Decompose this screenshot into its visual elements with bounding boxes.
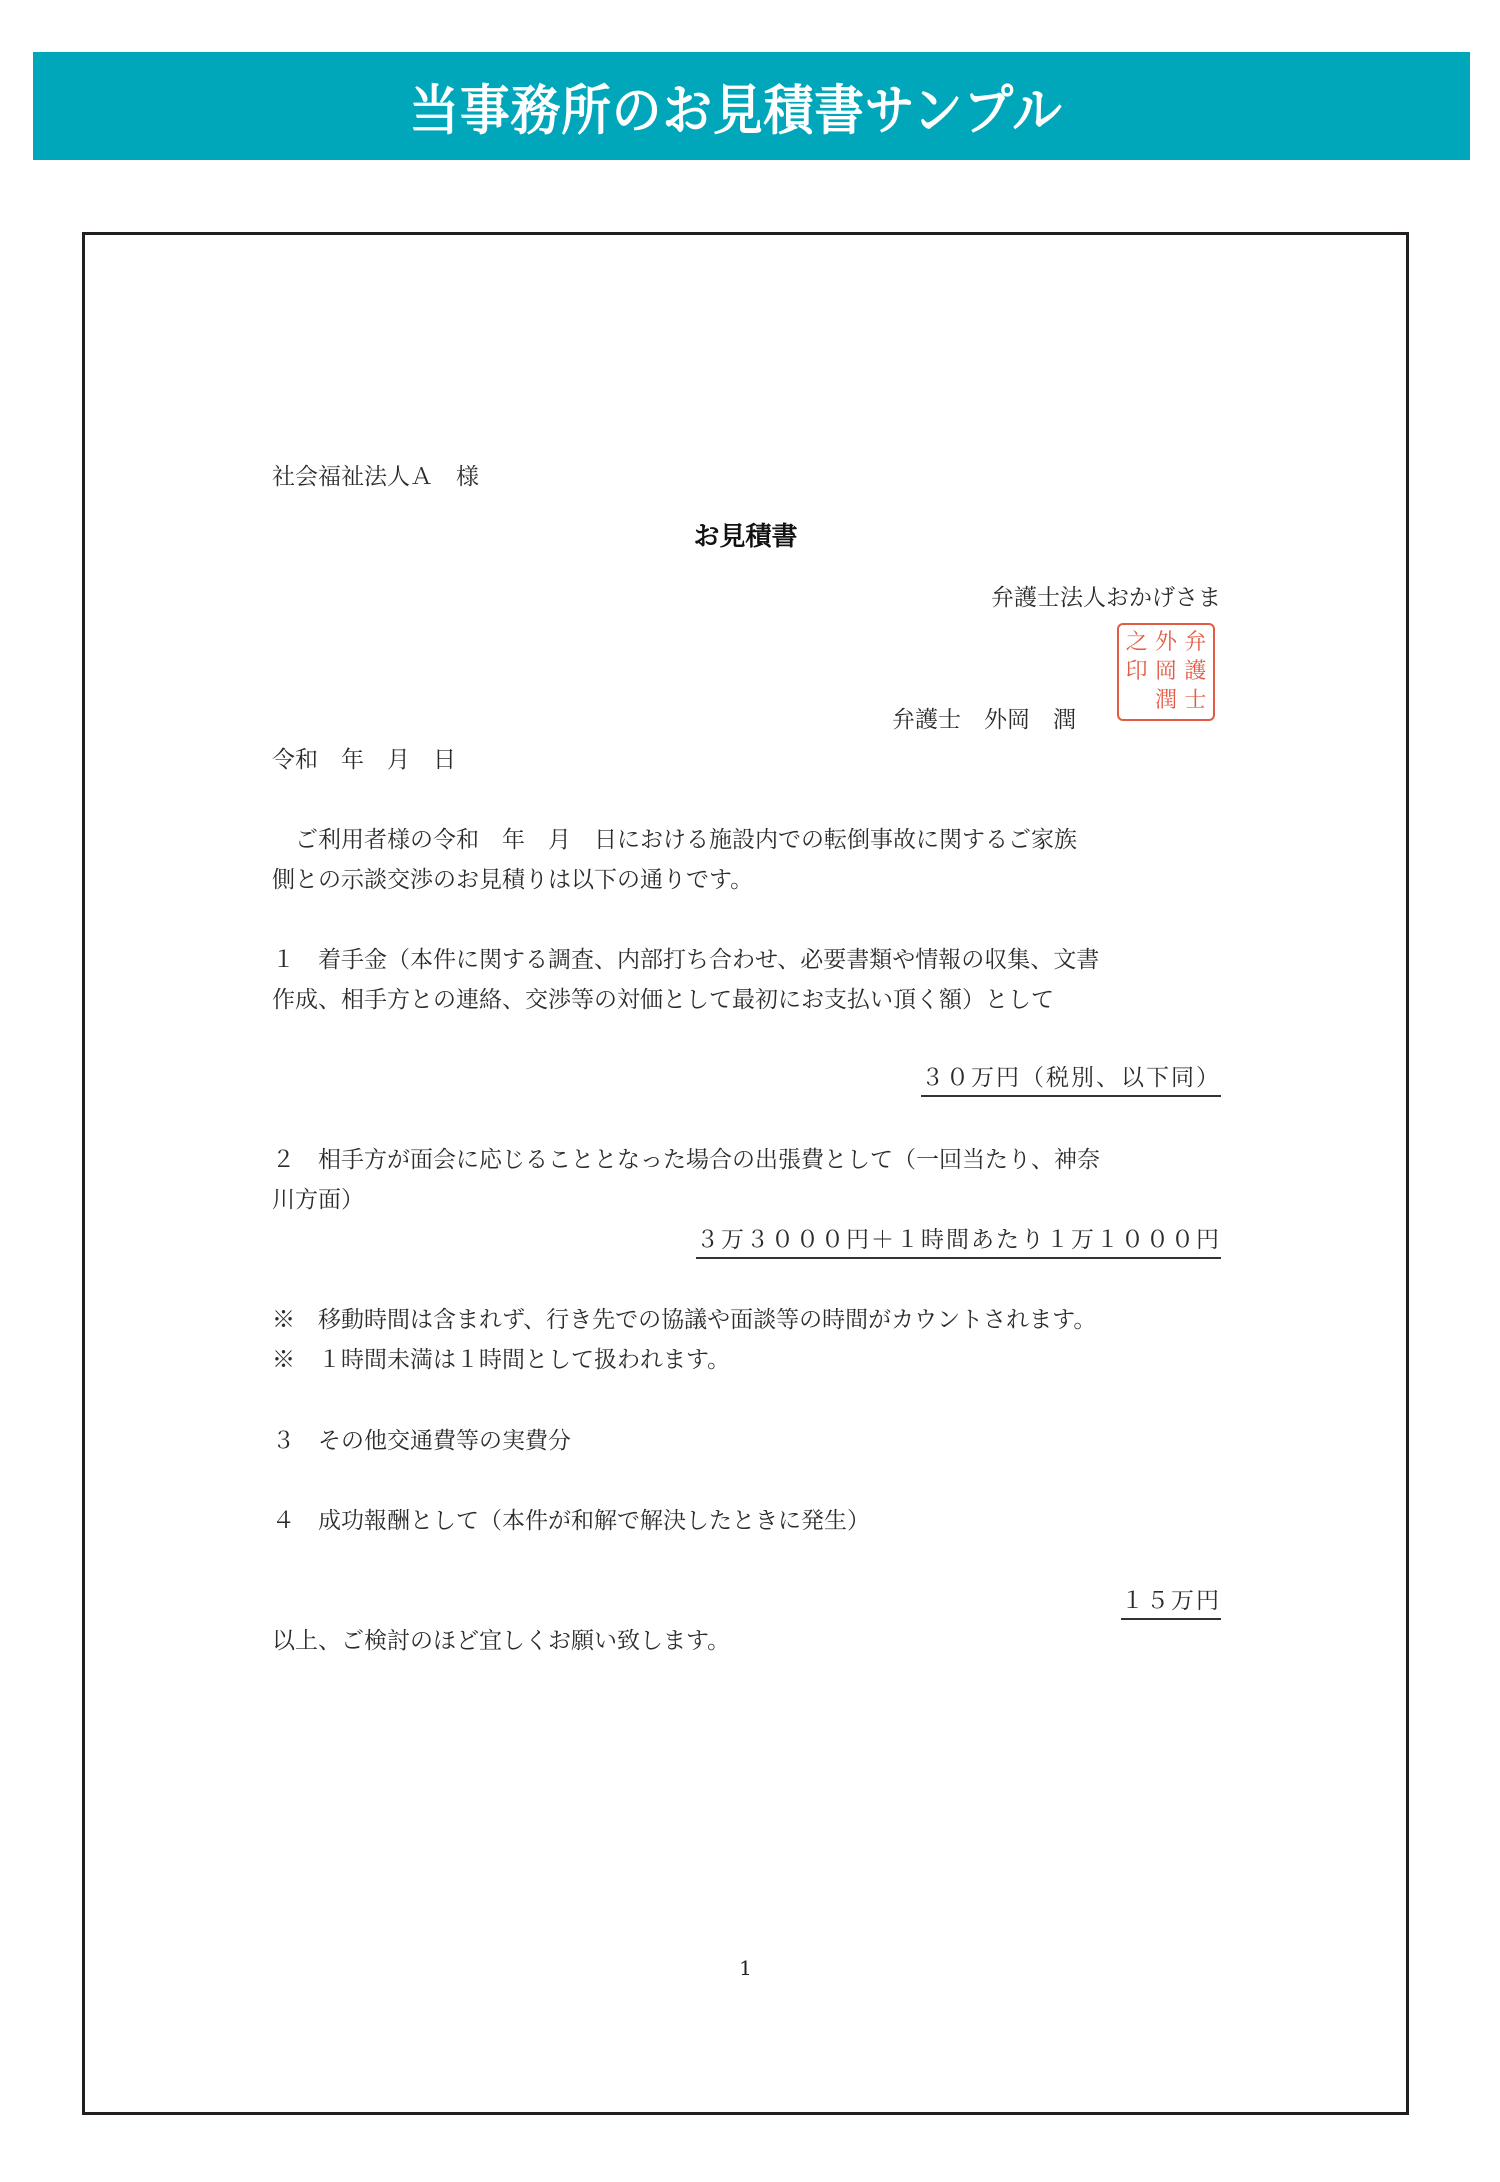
item-1-line-2: 作成、相手方との連絡、交渉等の対価として最初にお支払い頂く額）として [272, 980, 1054, 1020]
estimate-document-page: 社会福祉法人Ａ 様 お見積書 弁護士法人おかげさま 弁 護 士 外 岡 潤 之 … [82, 232, 1409, 2115]
seal-char: 外 [1151, 628, 1180, 657]
document-title: お見積書 [85, 517, 1406, 557]
seal-char: 印 [1122, 657, 1151, 686]
item-1-line-1: １ 着手金（本件に関する調査、内部打ち合わせ、必要書類や情報の収集、文書 [272, 940, 1099, 980]
intro-line-1: ご利用者様の令和 年 月 日における施設内での転倒事故に関するご家族 [272, 820, 1077, 860]
item-2-line-2: 川方面） [272, 1180, 364, 1220]
seal-stamp-icon: 弁 護 士 外 岡 潤 之 印 [1117, 623, 1215, 721]
title-banner: 当事務所のお見積書サンプル [33, 52, 1470, 160]
note-2: ※ １時間未満は１時間として扱われます。 [272, 1340, 730, 1380]
seal-char: 護 [1181, 657, 1210, 686]
item-2-line-1: ２ 相手方が面会に応じることとなった場合の出張費として（一回当たり、神奈 [272, 1140, 1100, 1180]
item-2-amount: ３万３０００円＋１時間あたり１万１０００円 [696, 1223, 1221, 1259]
closing-remark: 以上、ご検討のほど宜しくお願い致します。 [272, 1621, 730, 1661]
item-3-line-1: ３ その他交通費等の実費分 [272, 1421, 571, 1461]
seal-char: 士 [1181, 687, 1210, 716]
issue-date: 令和 年 月 日 [272, 740, 456, 780]
issuer-firm: 弁護士法人おかげさま [991, 578, 1221, 618]
page-number: 1 [85, 1948, 1406, 1988]
seal-char: 之 [1122, 628, 1151, 657]
item-1-amount: ３０万円（税別、以下同） [921, 1061, 1221, 1097]
item-4-amount: １５万円 [1121, 1584, 1221, 1620]
banner-title: 当事務所のお見積書サンプル [410, 68, 1063, 145]
seal-char: 弁 [1181, 628, 1210, 657]
document-body: 社会福祉法人Ａ 様 お見積書 弁護士法人おかげさま 弁 護 士 外 岡 潤 之 … [85, 235, 1406, 2112]
item-4-line-1: ４ 成功報酬として（本件が和解で解決したときに発生） [272, 1501, 870, 1541]
intro-line-2: 側との示談交渉のお見積りは以下の通りです。 [272, 860, 753, 900]
seal-char: 潤 [1151, 687, 1180, 716]
note-1: ※ 移動時間は含まれず、行き先での協議や面談等の時間がカウントされます。 [272, 1300, 1096, 1340]
seal-char [1122, 687, 1151, 716]
addressee: 社会福祉法人Ａ 様 [272, 457, 479, 497]
issuer-lawyer: 弁護士 外岡 潤 [892, 700, 1076, 740]
seal-char: 岡 [1151, 657, 1180, 686]
